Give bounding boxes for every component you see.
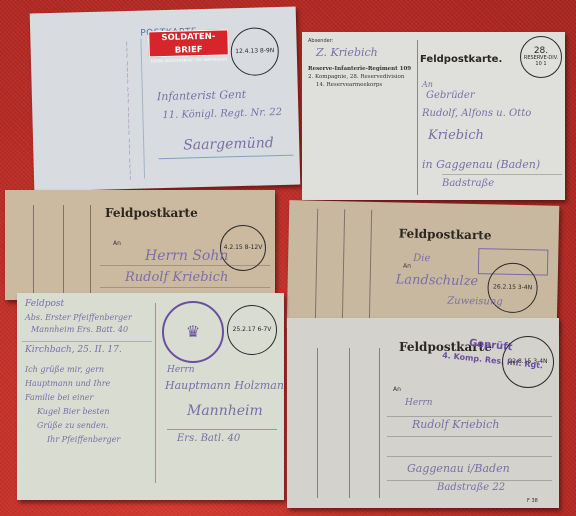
message-line: Ihr Pfeiffenberger	[47, 435, 120, 444]
address-line: Saargemünd	[183, 135, 274, 153]
postcard-feldpost-mannheim: Feldpost Abs. Erster Pfeiffenberger Mann…	[17, 293, 284, 500]
address-prefix: An	[422, 80, 433, 89]
address-line: Badstraße	[442, 178, 494, 189]
postcard-feldpost-reserve: Absender: Z. Kriebich Reserve-Infanterie…	[302, 32, 565, 200]
column-divider	[63, 205, 64, 300]
address-line: Rudolf Kriebich	[125, 270, 228, 285]
column-divider	[342, 209, 346, 329]
soldaten-brief-label: SOLDATEN-BRIEF EIGENE ANGELEGENHEIT DES …	[148, 29, 229, 57]
address-line: Rudolf, Alfons u. Otto	[422, 108, 531, 119]
message-line: Abs. Erster Pfeiffenberger	[25, 313, 132, 322]
message-line: Mannheim Ers. Batt. 40	[31, 325, 128, 334]
column-divider	[33, 205, 34, 300]
sender-label: Absender:	[308, 38, 333, 44]
message-line: Hauptmann und Ihre	[25, 379, 110, 388]
address-line: Herrn	[167, 365, 195, 375]
label-subtext: EIGENE ANGELEGENHEIT DES EMPFÄNGERS	[150, 56, 228, 64]
card-title: Feldpostkarte	[105, 206, 198, 220]
column-divider	[349, 348, 350, 498]
unit-seal: ♛	[162, 301, 224, 363]
address-rule	[387, 436, 552, 437]
address-rule	[100, 287, 270, 288]
address-line: 11. Königl. Regt. Nr. 22	[162, 107, 282, 121]
column-divider	[379, 348, 380, 498]
address-line: Gebrüder	[426, 90, 475, 101]
address-prefix: An	[403, 263, 411, 270]
address-line: Kriebich	[428, 128, 484, 143]
divider	[155, 303, 156, 483]
address-line: Ers. Batl. 40	[177, 433, 240, 444]
address-line: Hauptmann Holzmann	[165, 379, 284, 392]
message-handwriting: ~~~ ~~~~ ~~~ ~~~~~ ~~~ ~~~~	[122, 41, 134, 181]
card-title: Feldpostkarte.	[420, 54, 502, 65]
form-number: F 38	[527, 498, 538, 504]
address-line: Landschulze	[396, 272, 479, 289]
sender-regiment: Reserve-Infanterie-Regiment 109	[308, 66, 411, 72]
column-divider	[317, 348, 318, 498]
address-prefix: An	[393, 386, 401, 393]
card-title: Feldpostkarte	[399, 226, 492, 242]
postmark-date: 4.2.15 8-12V	[224, 245, 263, 252]
address-line: Die	[413, 253, 430, 264]
postmark: 22.8.15 3-4N	[502, 336, 554, 388]
message-line: Familie bei einer	[25, 393, 93, 402]
address-prefix: An	[113, 240, 121, 247]
postcard-feldpost-3: Feldpostkarte An 4.2.15 8-12V Herrn Sohn…	[5, 190, 275, 300]
address-line: Gaggenau i/Baden	[407, 462, 510, 475]
column-divider	[90, 205, 91, 300]
postcard-feldpost-4: Feldpostkarte An 26.2.15 3-4N Die Landsc…	[287, 200, 560, 334]
sender-corps: 14. Reservearmeekorps	[316, 82, 382, 88]
message-header: Feldpost	[25, 299, 64, 309]
column-divider	[315, 209, 319, 329]
postmark: 12.4.13 8-9N	[230, 27, 279, 76]
address-line: Rudolf Kriebich	[412, 418, 499, 431]
message-line: Ich grüße mir, gern	[25, 365, 104, 374]
address-line: Zuweisung	[447, 296, 503, 308]
sender-name: Z. Kriebich	[316, 46, 378, 59]
label-text: SOLDATEN-BRIEF	[161, 32, 215, 56]
postmark: 25.2.17 6-7V	[227, 305, 277, 355]
address-rule	[387, 416, 552, 417]
address-line: Badstraße 22	[437, 482, 505, 493]
divider	[417, 40, 418, 195]
column-divider	[369, 210, 373, 330]
postcard-feldpost-geprueft: Feldpostkarte Geprüft 4. Komp. Res. Inf.…	[287, 318, 559, 508]
address-line: Herrn Sohn	[145, 248, 228, 264]
address-line: Mannheim	[187, 403, 263, 419]
address-rule	[167, 429, 277, 430]
address-rule	[387, 480, 552, 481]
address-rule	[442, 174, 562, 175]
postmark: 28. RESERVE-DIV. 10 1	[520, 36, 562, 78]
postmark-date: 10 1	[535, 62, 546, 68]
postmark-date: 22.8.15 3-4N	[508, 359, 547, 366]
message-rule	[22, 341, 152, 342]
message-line: Kugel Bier besten	[37, 407, 110, 416]
postmark-date: 25.2.17 6-7V	[233, 327, 272, 334]
postmark-date: 26.2.15 3-4N	[493, 284, 532, 291]
postcard-soldaten-brief: POSTKARTE SOLDATEN-BRIEF EIGENE ANGELEGE…	[30, 7, 301, 192]
address-line: Infanterist Gent	[157, 88, 247, 103]
address-rule	[387, 456, 552, 457]
address-rule	[159, 155, 294, 160]
address-line: in Gaggenau (Baden)	[422, 158, 540, 171]
sender-company: 2. Kompagnie, 28. Reservedivision	[308, 74, 404, 80]
divider	[140, 39, 145, 179]
postmark-date: 12.4.13 8-9N	[235, 48, 274, 56]
crest-icon: ♛	[186, 323, 200, 341]
message-line: Kirchbach, 25. II. 17.	[25, 345, 122, 355]
address-line: Herrn	[405, 398, 433, 408]
message-line: Grüße zu senden.	[37, 421, 108, 430]
address-rule	[100, 265, 270, 266]
